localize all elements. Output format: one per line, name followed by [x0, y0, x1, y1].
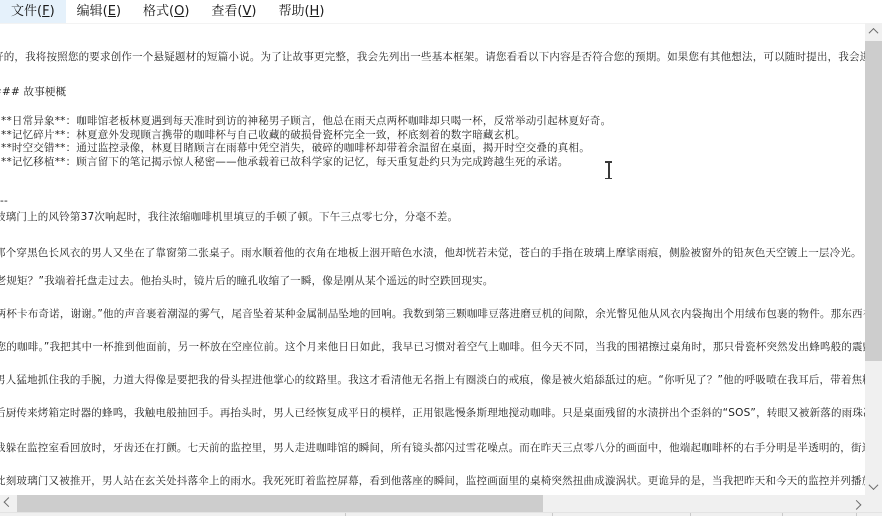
text-line: 后厨传来烤箱定时器的蜂鸣，我触电般抽回手。再抬头时，男人已经恢复成平日的模样，正…: [0, 406, 865, 420]
text-line: ### 故事梗概: [0, 85, 66, 99]
horizontal-scrollbar-thumb[interactable]: [17, 495, 543, 512]
menu-item-edit[interactable]: 编辑(E): [66, 0, 132, 23]
text-line: **记忆移植**：顾言留下的笔记揭示惊人秘密——他承载着已故科学家的记忆，每天重…: [1, 155, 569, 169]
text-line: 男人猛地抓住我的手腕，力道大得像是要把我的骨头捏进他掌心的纹路里。我这才看清他无…: [0, 373, 865, 387]
scroll-down-icon[interactable]: [865, 478, 882, 495]
text-line: 玻璃门上的风铃第37次响起时，我往浓缩咖啡机里填豆的手顿了顿。下午三点零七分，分…: [0, 210, 458, 224]
notepad-window: { "window": { "app": "记事本", "type": "tex…: [0, 0, 882, 516]
status-bar: [0, 512, 882, 516]
scroll-right-icon[interactable]: [848, 495, 865, 512]
text-line: **日常异象**：咖啡馆老板林夏遇到每天准时到访的神秘男子顾言，他总在雨天点两杯…: [1, 114, 611, 128]
text-line: **时空交错**：通过监控录像，林夏目睹顾言在雨幕中凭空消失，破碎的咖啡杯却带着…: [1, 141, 590, 155]
text-line: ---: [0, 194, 8, 208]
horizontal-scrollbar[interactable]: [0, 495, 865, 512]
text-editor-area[interactable]: 好的，我将按照您的要求创作一个悬疑题材的短篇小说。为了让故事更完整，我会先列出一…: [0, 23, 865, 496]
text-line: 此刻玻璃门又被推开，男人站在玄关处抖落伞上的雨水。我死死盯着监控屏幕，看到他落座…: [0, 474, 865, 488]
menu-item-format[interactable]: 格式(O): [132, 0, 200, 23]
text-line: 我躲在监控室看回放时，牙齿还在打颤。七天前的监控里，男人走进咖啡馆的瞬间，所有镜…: [0, 441, 865, 455]
text-line: “老规矩？”我端着托盘走过去。他抬头时，镜片后的瞳孔收缩了一瞬，像是刚从某个遥远…: [0, 274, 493, 288]
text-line: “您的咖啡。”我把其中一杯推到他面前，另一杯放在空座位前。这个月来他日日如此，我…: [0, 340, 865, 354]
text-line: 好的，我将按照您的要求创作一个悬疑题材的短篇小说。为了让故事更完整，我会先列出一…: [0, 50, 865, 64]
scroll-left-icon[interactable]: [0, 495, 17, 512]
vertical-scrollbar[interactable]: [865, 23, 882, 495]
scroll-up-icon[interactable]: [865, 23, 882, 40]
ibeam-cursor: [604, 161, 613, 179]
menu-item-file[interactable]: 文件(F): [0, 0, 66, 23]
text-line: “两杯卡布奇诺，谢谢。”他的声音裹着潮湿的雾气，尾音坠着某种金属制品坠地的回响。…: [0, 307, 865, 321]
menu-item-view[interactable]: 查看(V): [200, 0, 267, 23]
menu-bar: 文件(F)编辑(E)格式(O)查看(V)帮助(H): [0, 0, 882, 23]
menu-item-help[interactable]: 帮助(H): [267, 0, 335, 23]
text-line: 那个穿黑色长风衣的男人又坐在了靠窗第二张桌子。雨水顺着他的衣角在地板上洇开暗色水…: [0, 246, 862, 260]
vertical-scrollbar-thumb[interactable]: [865, 41, 882, 361]
text-line: **记忆碎片**：林夏意外发现顾言携带的咖啡杯与自己收藏的破损骨瓷杯完全一致，杯…: [1, 128, 526, 142]
